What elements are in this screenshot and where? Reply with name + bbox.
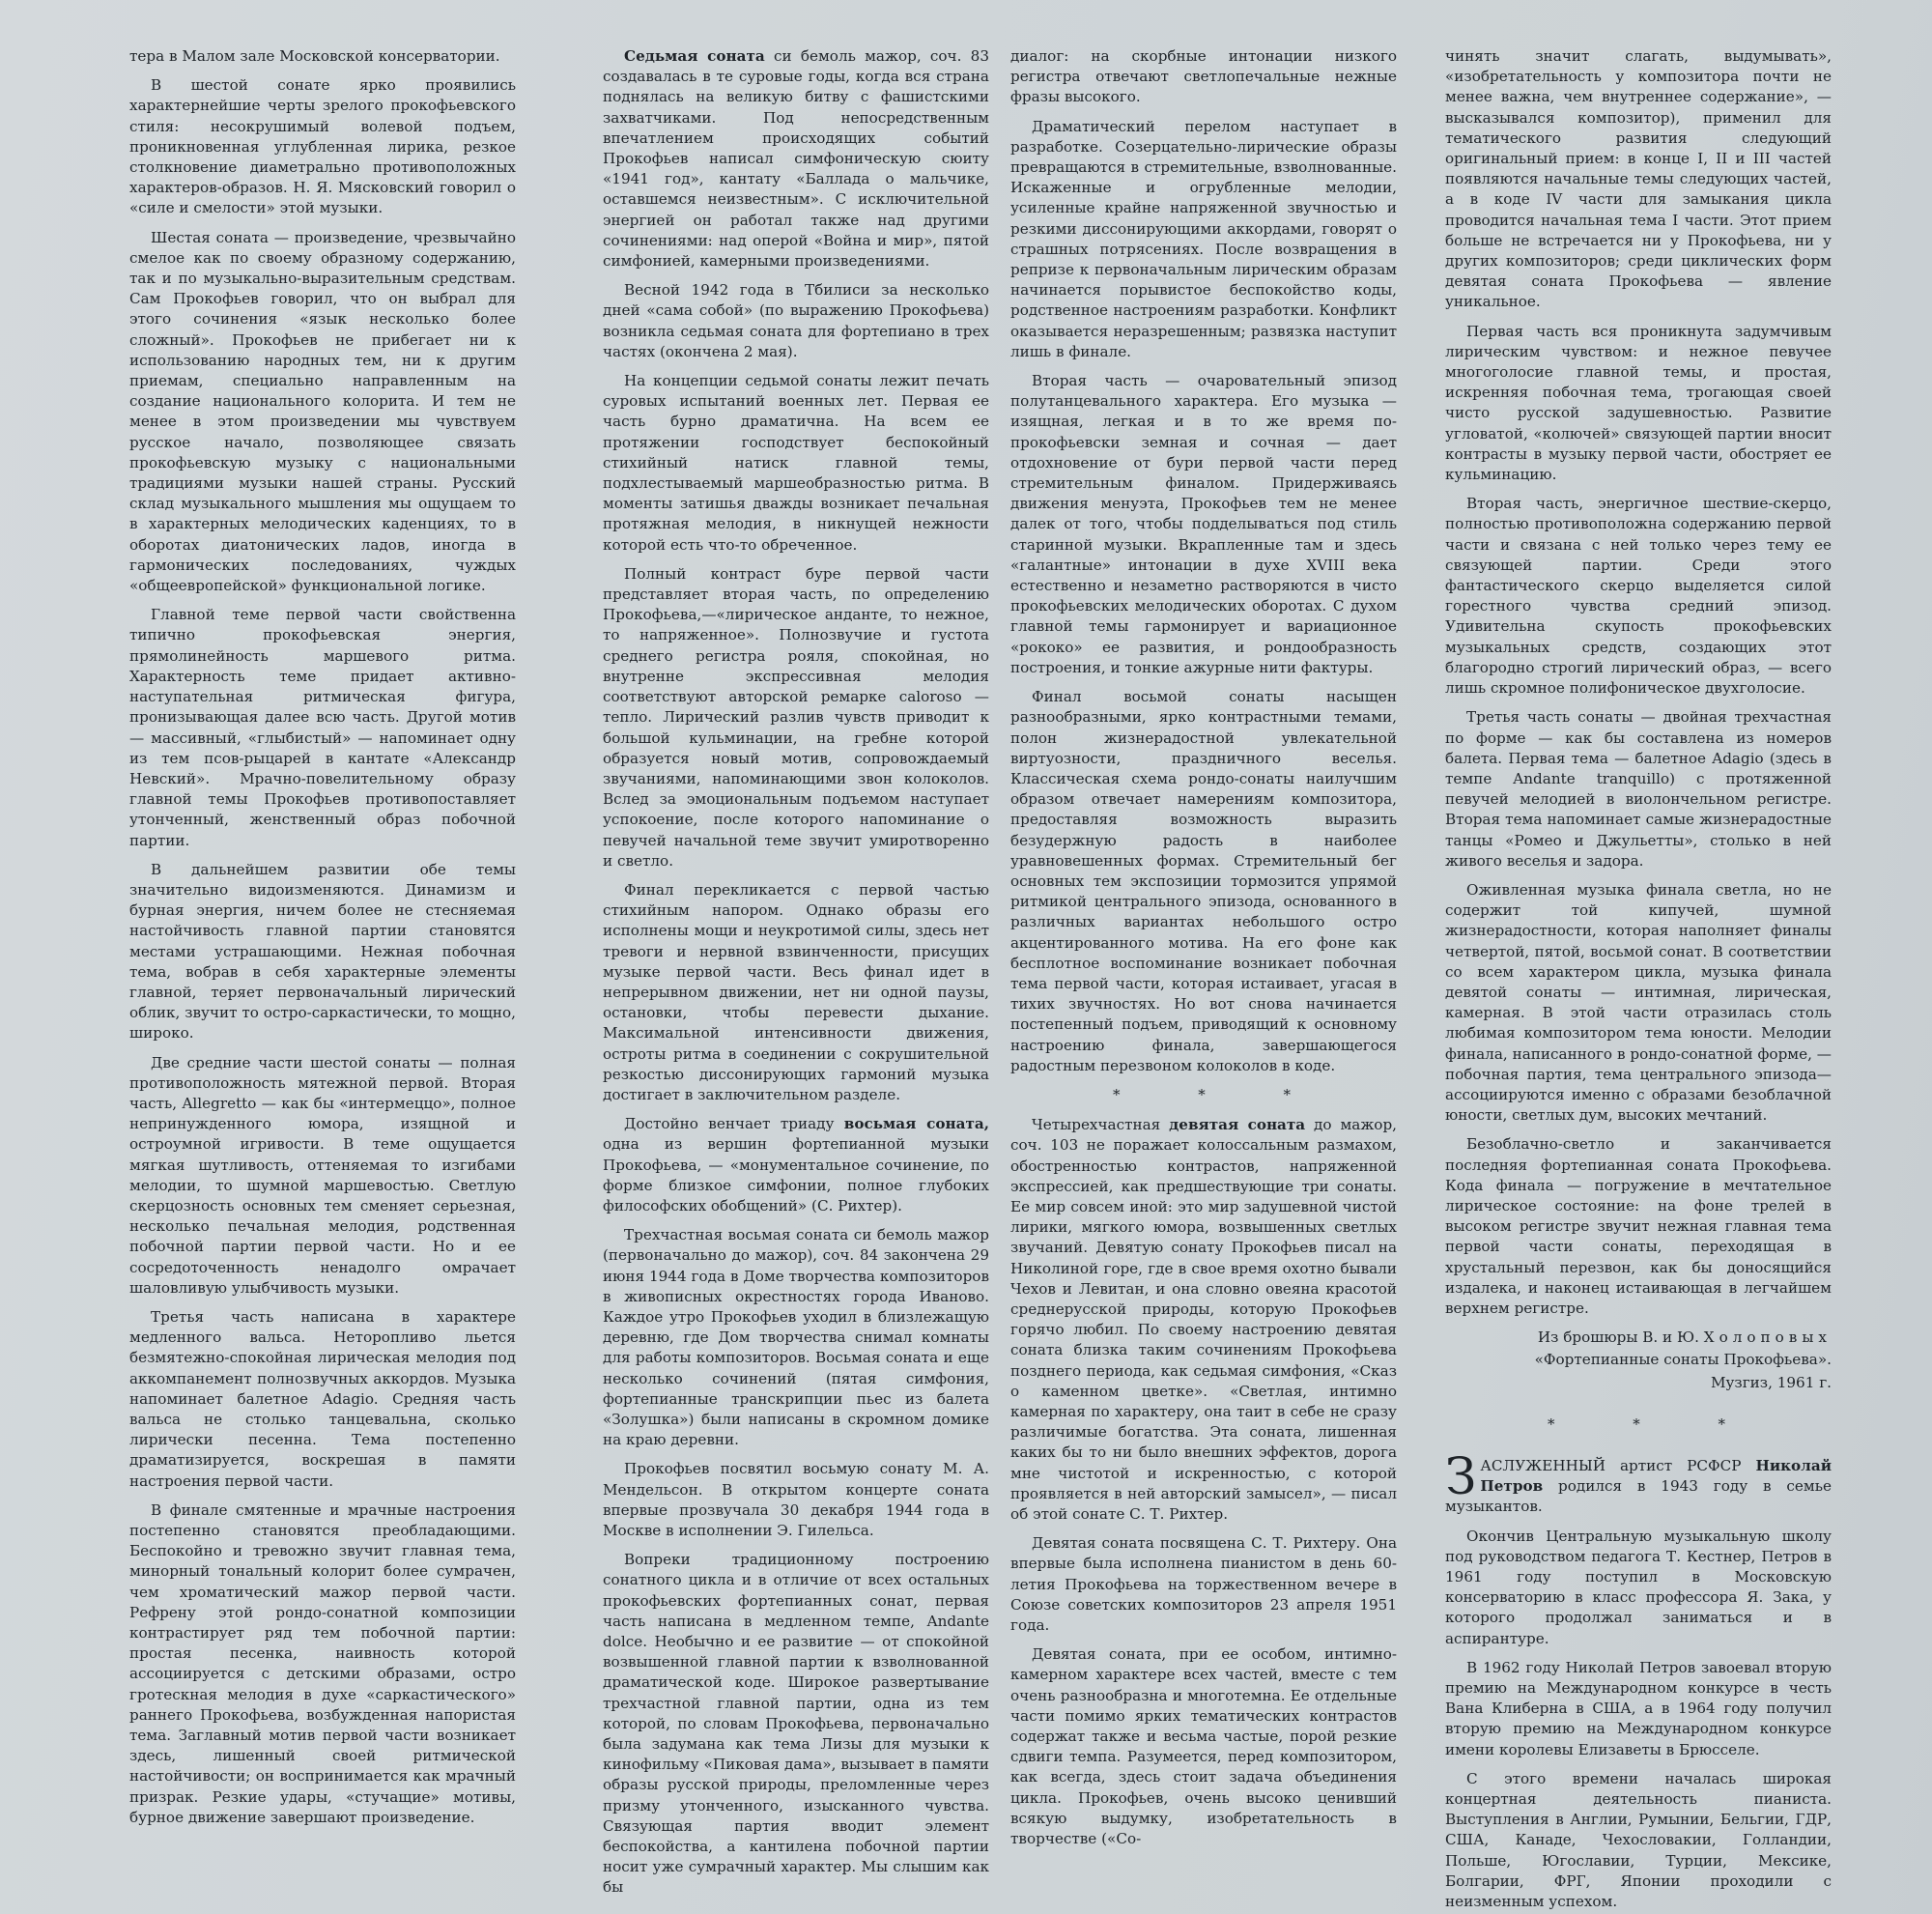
body-paragraph: Вопреки традиционному построению сонатно… [603, 1550, 989, 1898]
body-paragraph: Вторая часть, энергичное шествие-скерцо,… [1445, 494, 1832, 699]
paragraph-text: Прокофьев посвятил восьмую сонату М. А. … [603, 1460, 989, 1539]
paragraph-text: чинять значит слагать, выдумывать», «изо… [1445, 47, 1832, 310]
paragraph-text: одна из вершин фортепианной музыки Проко… [603, 1135, 989, 1214]
section-separator: * * * [1478, 1414, 1832, 1435]
paragraph-text: Две средние части шестой сонаты — полная… [129, 1054, 516, 1297]
body-paragraph: Третья часть сонаты — двойная трехчастна… [1445, 707, 1832, 871]
body-paragraph: Шестая соната — произведение, чрезвычайн… [129, 228, 516, 597]
paragraph-lead: Четырехчастная [1032, 1116, 1169, 1133]
paragraph-text: Девятая соната посвящена С. Т. Рихтеру. … [1010, 1534, 1397, 1634]
body-paragraph: Седьмая соната си бемоль мажор, соч. 83 … [603, 46, 989, 271]
body-paragraph: На концепции седьмой сонаты лежит печать… [603, 371, 989, 556]
bio-title: артист РСФСР [1605, 1457, 1755, 1474]
paragraph-text: Драматический перелом наступает в разраб… [1010, 118, 1397, 360]
sonata-title: восьмая соната, [844, 1115, 989, 1132]
body-paragraph: Вторая часть — очаровательный эпизод пол… [1010, 371, 1397, 678]
paragraph-text: Третья часть написана в характере медлен… [129, 1308, 516, 1490]
column-4: чинять значит слагать, выдумывать», «изо… [1445, 46, 1832, 1914]
body-paragraph: Прокофьев посвятил восьмую сонату М. А. … [603, 1459, 989, 1541]
paragraph-text: В финале смятенные и мрачные настроения … [129, 1501, 516, 1826]
column-2: Седьмая соната си бемоль мажор, соч. 83 … [603, 46, 989, 1907]
bio-paragraph: С этого времени началась широкая концерт… [1445, 1769, 1832, 1912]
bio-intro: ЗАСЛУЖЕННЫЙ артист РСФСР Николай Петров … [1445, 1456, 1832, 1518]
paragraph-text: Полный контраст буре первой части предст… [603, 565, 989, 870]
paragraph-text: диалог: на скорбные интонации низкого ре… [1010, 47, 1397, 105]
paragraph-text: Вопреки традиционному построению сонатно… [603, 1551, 989, 1896]
bio-paragraph: В 1962 году Николай Петров завоевал втор… [1445, 1658, 1832, 1760]
body-paragraph: Первая часть вся проникнута задумчивым л… [1445, 322, 1832, 486]
body-paragraph: Третья часть написана в характере медлен… [129, 1307, 516, 1492]
body-paragraph: Трехчастная восьмая соната си бемоль маж… [603, 1225, 989, 1450]
source-prefix: Из брошюры В. и Ю. [1538, 1328, 1704, 1346]
paragraph-text: до мажор, соч. 103 не поражает колоссаль… [1010, 1116, 1397, 1523]
body-paragraph: Безоблачно-светло и заканчивается послед… [1445, 1134, 1832, 1319]
paragraph-text: В дальнейшем развитии обе темы значитель… [129, 861, 516, 1043]
body-paragraph: Девятая соната, при ее особом, интимно-к… [1010, 1644, 1397, 1849]
paragraph-text: Трехчастная восьмая соната си бемоль маж… [603, 1226, 989, 1448]
column-3: диалог: на скорбные интонации низкого ре… [1010, 46, 1397, 1858]
body-paragraph: тера в Малом зале Московской консерватор… [129, 46, 516, 67]
body-paragraph: Драматический перелом наступает в разраб… [1010, 117, 1397, 362]
paragraph-text: Главной теме первой части свойственна ти… [129, 606, 516, 848]
paragraph-text: Оживленная музыка финала светла, но не с… [1445, 881, 1832, 1124]
paragraph-text: Девятая соната, при ее особом, интимно-к… [1010, 1645, 1397, 1847]
source-citation-line-2: «Фортепианные сонаты Прокофьева». [1445, 1350, 1832, 1370]
liner-notes-page: тера в Малом зале Московской консерватор… [0, 0, 1932, 1914]
paragraph-text: Первая часть вся проникнута задумчивым л… [1445, 323, 1832, 483]
body-paragraph: Две средние части шестой сонаты — полная… [129, 1053, 516, 1299]
paragraph-text: В шестой сонате ярко проявились характер… [129, 76, 516, 216]
paragraph-text: Финал восьмой сонаты насыщен разнообразн… [1010, 688, 1397, 1074]
section-separator: * * * [1043, 1085, 1397, 1105]
body-paragraph: Финал восьмой сонаты насыщен разнообразн… [1010, 687, 1397, 1076]
paragraph-text: На концепции седьмой сонаты лежит печать… [603, 372, 989, 554]
paragraph-text: Финал перекликается с первой частью стих… [603, 881, 989, 1103]
performer-bio: ЗАСЛУЖЕННЫЙ артист РСФСР Николай Петров … [1445, 1456, 1832, 1912]
body-paragraph: Девятая соната посвящена С. Т. Рихтеру. … [1010, 1533, 1397, 1636]
body-paragraph: В финале смятенные и мрачные настроения … [129, 1500, 516, 1828]
body-paragraph: чинять значит слагать, выдумывать», «изо… [1445, 46, 1832, 313]
body-paragraph: диалог: на скорбные интонации низкого ре… [1010, 46, 1397, 108]
body-paragraph: Главной теме первой части свойственна ти… [129, 605, 516, 850]
sonata-title: девятая соната [1169, 1116, 1305, 1133]
sonata-title: Седьмая соната [624, 47, 765, 65]
paragraph-text: Вторая часть, энергичное шествие-скерцо,… [1445, 495, 1832, 697]
source-citation-line-3: Музгиз, 1961 г. [1445, 1373, 1832, 1393]
paragraph-text: Весной 1942 года в Тбилиси за несколько … [603, 281, 989, 360]
body-paragraph: Финал перекликается с первой частью стих… [603, 880, 989, 1105]
body-paragraph: Оживленная музыка финала светла, но не с… [1445, 880, 1832, 1126]
paragraph-lead: Достойно венчает триаду [624, 1115, 844, 1132]
body-paragraph: Полный контраст буре первой части предст… [603, 564, 989, 871]
paragraph-text: си бемоль мажор, соч. 83 создавалась в т… [603, 47, 989, 270]
body-paragraph: В шестой сонате ярко проявились характер… [129, 75, 516, 218]
body-paragraph: Достойно венчает триаду восьмая соната, … [603, 1114, 989, 1216]
paragraph-text: Вторая часть — очаровательный эпизод пол… [1010, 372, 1397, 676]
drop-cap: З [1445, 1458, 1476, 1497]
body-paragraph: Четырехчастная девятая соната до мажор, … [1010, 1115, 1397, 1525]
paragraph-text: Шестая соната — произведение, чрезвычайн… [129, 229, 516, 594]
bio-paragraph: Окончив Центральную музыкальную школу по… [1445, 1527, 1832, 1649]
column-4-body: чинять значит слагать, выдумывать», «изо… [1445, 46, 1832, 1319]
paragraph-text: Безоблачно-светло и заканчивается послед… [1445, 1135, 1832, 1317]
column-1: тера в Малом зале Московской консерватор… [129, 46, 516, 1837]
paragraph-text: тера в Малом зале Московской консерватор… [129, 47, 500, 65]
body-paragraph: В дальнейшем развитии обе темы значитель… [129, 860, 516, 1044]
body-paragraph: Весной 1942 года в Тбилиси за несколько … [603, 280, 989, 362]
source-citation-line-1: Из брошюры В. и Ю. Холоповых [1445, 1328, 1832, 1348]
paragraph-text: Третья часть сонаты — двойная трехчастна… [1445, 708, 1832, 869]
bio-caps: АСЛУЖЕННЫЙ [1480, 1457, 1605, 1474]
source-authors: Холоповых [1704, 1328, 1832, 1346]
